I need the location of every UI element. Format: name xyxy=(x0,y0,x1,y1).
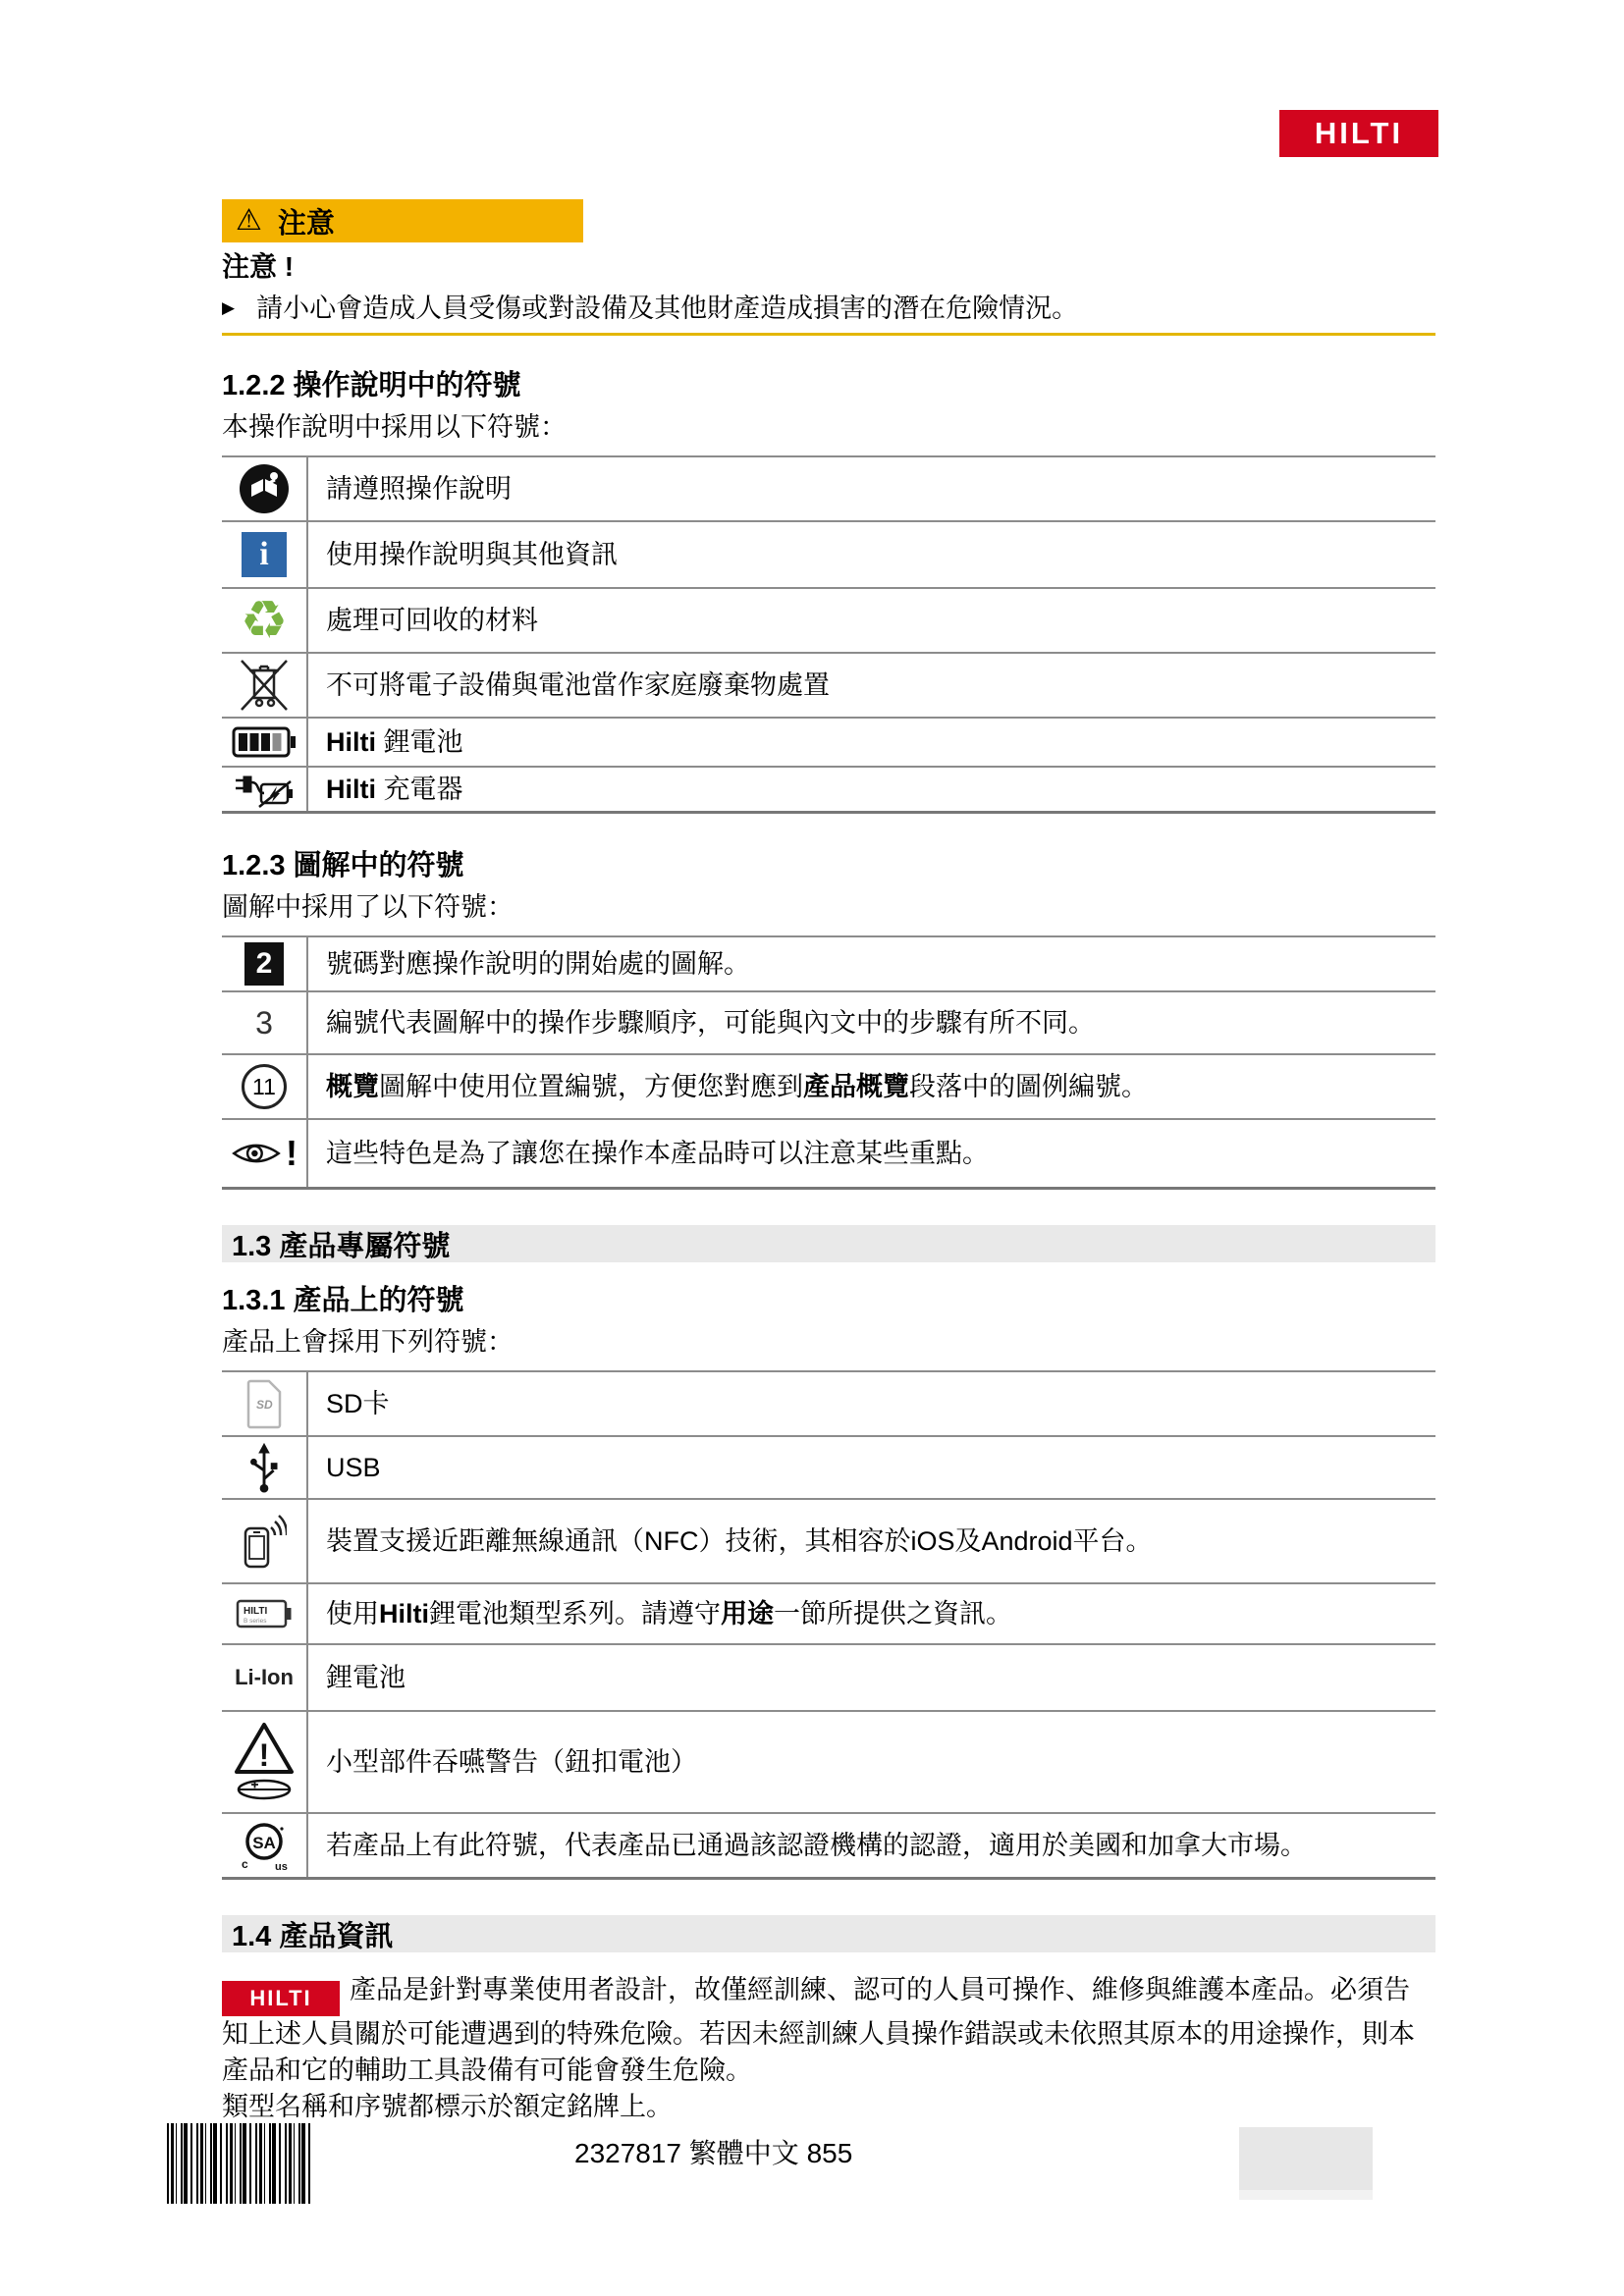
number-3-glyph: 3 xyxy=(255,1005,273,1041)
csa-mark-icon: SA c us xyxy=(222,1814,308,1877)
section-122-intro: 本操作說明中採用以下符號： xyxy=(222,410,1435,444)
caution-bullet: ▶ 請小心會造成人員受傷或對設備及其他財產造成損害的潛在危險情況。 xyxy=(222,290,1435,327)
caution-banner-label: 注意 xyxy=(278,201,335,241)
battery-icon xyxy=(222,719,308,766)
section-14-heading: 1.4 產品資訊 xyxy=(232,1914,393,1954)
warning-triangle-icon: ⚠ xyxy=(236,206,262,236)
symbol-table-manual: 請遵照操作說明 i 使用操作說明與其他資訊 ♻ 處理可回收的材料 xyxy=(222,455,1435,814)
section-14-bar: 1.4 產品資訊 xyxy=(222,1915,1435,1952)
table-row: ! 這些特色是為了讓您在操作本產品時可以注意某些重點。 xyxy=(222,1120,1435,1190)
hilti-inline-logo: HILTI xyxy=(222,1981,340,2016)
table-row: 請遵照操作說明 xyxy=(222,457,1435,522)
product-info-text: 產品是針對專業使用者設計，故僅經訓練、認可的人員可操作、維修與維護本產品。必須告… xyxy=(222,1975,1415,2085)
number-3-icon: 3 xyxy=(222,992,308,1053)
symbol-description: SD卡 xyxy=(308,1372,1435,1435)
product-info-line2: 類型名稱和序號都標示於額定銘牌上。 xyxy=(222,2092,673,2121)
usb-icon xyxy=(222,1437,308,1498)
symbol-description: Hilti 充電器 xyxy=(308,768,1435,811)
symbol-description: Hilti 鋰電池 xyxy=(308,719,1435,766)
symbol-description: 使用Hilti鋰電池類型系列。請遵守用途一節所提供之資訊。 xyxy=(308,1584,1435,1643)
symbol-description: 裝置支援近距離無線通訊（NFC）技術，其相容於iOS及Android平台。 xyxy=(308,1500,1435,1582)
symbol-description: 鋰電池 xyxy=(308,1645,1435,1710)
csa-sa-glyph: SA xyxy=(252,1834,276,1852)
caution-bullet-text: 請小心會造成人員受傷或對設備及其他財產造成損害的潛在危險情況。 xyxy=(256,290,1078,327)
symbol-description: 這些特色是為了讓您在操作本產品時可以注意某些重點。 xyxy=(308,1120,1435,1187)
caution-title: 注意 ! xyxy=(222,250,1435,284)
number-2-glyph: 2 xyxy=(256,947,273,981)
section-131-intro: 產品上會採用下列符號： xyxy=(222,1325,1435,1359)
number-11-glyph: 11 xyxy=(252,1074,276,1100)
table-row: 不可將電子設備與電池當作家庭廢棄物處置 xyxy=(222,654,1435,719)
symbol-description: 小型部件吞嚥警告（鈕扣電池） xyxy=(308,1712,1435,1812)
csa-c-glyph: c xyxy=(242,1857,248,1871)
section-13-bar: 1.3 產品專屬符號 xyxy=(222,1225,1435,1262)
black-number-2-icon: 2 xyxy=(222,937,308,990)
section-123-heading: 1.2.3 圖解中的符號 xyxy=(222,849,1435,882)
section-131-heading: 1.3.1 產品上的符號 xyxy=(222,1284,1435,1317)
charger-icon xyxy=(222,768,308,811)
page-content: ⚠ 注意 注意 ! ▶ 請小心會造成人員受傷或對設備及其他財產造成損害的潛在危險… xyxy=(222,0,1435,2125)
recycle-icon: ♻ xyxy=(222,589,308,652)
info-icon: i xyxy=(222,522,308,587)
caution-divider xyxy=(222,333,1435,336)
section-13-heading: 1.3 產品專屬符號 xyxy=(232,1224,450,1264)
table-row: HILTI B series 使用Hilti鋰電池類型系列。請遵守用途一節所提供… xyxy=(222,1584,1435,1645)
table-row: 2 號碼對應操作說明的開始處的圖解。 xyxy=(222,937,1435,992)
barcode xyxy=(167,2123,314,2204)
symbol-description: 處理可回收的材料 xyxy=(308,589,1435,652)
section-122-heading: 1.2.2 操作說明中的符號 xyxy=(222,369,1435,402)
table-row: USB xyxy=(222,1437,1435,1500)
symbol-description: 若產品上有此符號，代表產品已通過該認證機構的認證，適用於美國和加拿大市場。 xyxy=(308,1814,1435,1877)
table-row: SD SD卡 xyxy=(222,1372,1435,1437)
csa-us-glyph: us xyxy=(275,1861,288,1873)
table-row: 裝置支援近距離無線通訊（NFC）技術，其相容於iOS及Android平台。 xyxy=(222,1500,1435,1584)
circled-number-11-icon: 11 xyxy=(222,1055,308,1118)
hilti-battery-sub-glyph: B series xyxy=(244,1618,267,1625)
weee-bin-icon xyxy=(222,654,308,717)
symbol-description: 編號代表圖解中的操作步驟順序，可能與內文中的步驟有所不同。 xyxy=(308,992,1435,1053)
table-row: ♻ 處理可回收的材料 xyxy=(222,589,1435,654)
table-row: SA c us 若產品上有此符號，代表產品已通過該認證機構的認證，適用於美國和加… xyxy=(222,1814,1435,1880)
product-info-paragraph: HILTI 產品是針對專業使用者設計，故僅經訓練、認可的人員可操作、維修與維護本… xyxy=(222,1972,1435,2125)
recycle-glyph: ♻ xyxy=(241,594,288,647)
symbol-description: 請遵照操作說明 xyxy=(308,457,1435,520)
hilti-battery-glyph: HILTI xyxy=(244,1606,267,1617)
symbol-table-illustrations: 2 號碼對應操作說明的開始處的圖解。 3 編號代表圖解中的操作步驟順序，可能與內… xyxy=(222,935,1435,1190)
table-row: Hilti 鋰電池 xyxy=(222,719,1435,768)
symbol-description: 使用操作說明與其他資訊 xyxy=(308,522,1435,587)
read-manual-icon xyxy=(222,457,308,520)
nfc-phone-icon xyxy=(222,1500,308,1582)
table-row: i 使用操作說明與其他資訊 xyxy=(222,522,1435,589)
symbol-description: USB xyxy=(308,1437,1435,1498)
triangle-exclamation-glyph: ! xyxy=(259,1737,270,1773)
table-row: ! 小型部件吞嚥警告（鈕扣電池） xyxy=(222,1712,1435,1814)
symbol-description: 號碼對應操作說明的開始處的圖解。 xyxy=(308,937,1435,990)
footer-gray-box xyxy=(1239,2127,1373,2200)
eye-attention-icon: ! xyxy=(222,1120,308,1187)
footer-document-code: 2327817 繁體中文 855 xyxy=(574,2132,852,2171)
info-icon-glyph: i xyxy=(259,536,268,573)
exclamation-glyph: ! xyxy=(286,1133,298,1174)
table-row: 3 編號代表圖解中的操作步驟順序，可能與內文中的步驟有所不同。 xyxy=(222,992,1435,1055)
bullet-marker-icon: ▶ xyxy=(222,290,235,327)
hilti-battery-series-icon: HILTI B series xyxy=(222,1584,308,1643)
symbol-description: 概覽圖解中使用位置編號，方便您對應到產品概覽段落中的圖例編號。 xyxy=(308,1055,1435,1118)
symbol-description: 不可將電子設備與電池當作家庭廢棄物處置 xyxy=(308,654,1435,717)
caution-banner: ⚠ 注意 xyxy=(222,199,583,242)
symbol-table-product: SD SD卡 USB xyxy=(222,1370,1435,1880)
li-ion-glyph: Li-Ion xyxy=(235,1665,294,1690)
table-row: Hilti 充電器 xyxy=(222,768,1435,814)
swallow-warning-icon: ! xyxy=(222,1712,308,1812)
section-123-intro: 圖解中採用了以下符號： xyxy=(222,890,1435,924)
table-row: 11 概覽圖解中使用位置編號，方便您對應到產品概覽段落中的圖例編號。 xyxy=(222,1055,1435,1120)
sd-card-icon: SD xyxy=(222,1372,308,1435)
manual-page: HILTI ⚠ 注意 注意 ! ▶ 請小心會造成人員受傷或對設備及其他財產造成損… xyxy=(0,0,1624,2296)
sd-card-glyph: SD xyxy=(256,1398,273,1412)
li-ion-label: Li-Ion xyxy=(222,1645,308,1710)
table-row: Li-Ion 鋰電池 xyxy=(222,1645,1435,1712)
hilti-inline-logo-text: HILTI xyxy=(249,1980,311,2016)
